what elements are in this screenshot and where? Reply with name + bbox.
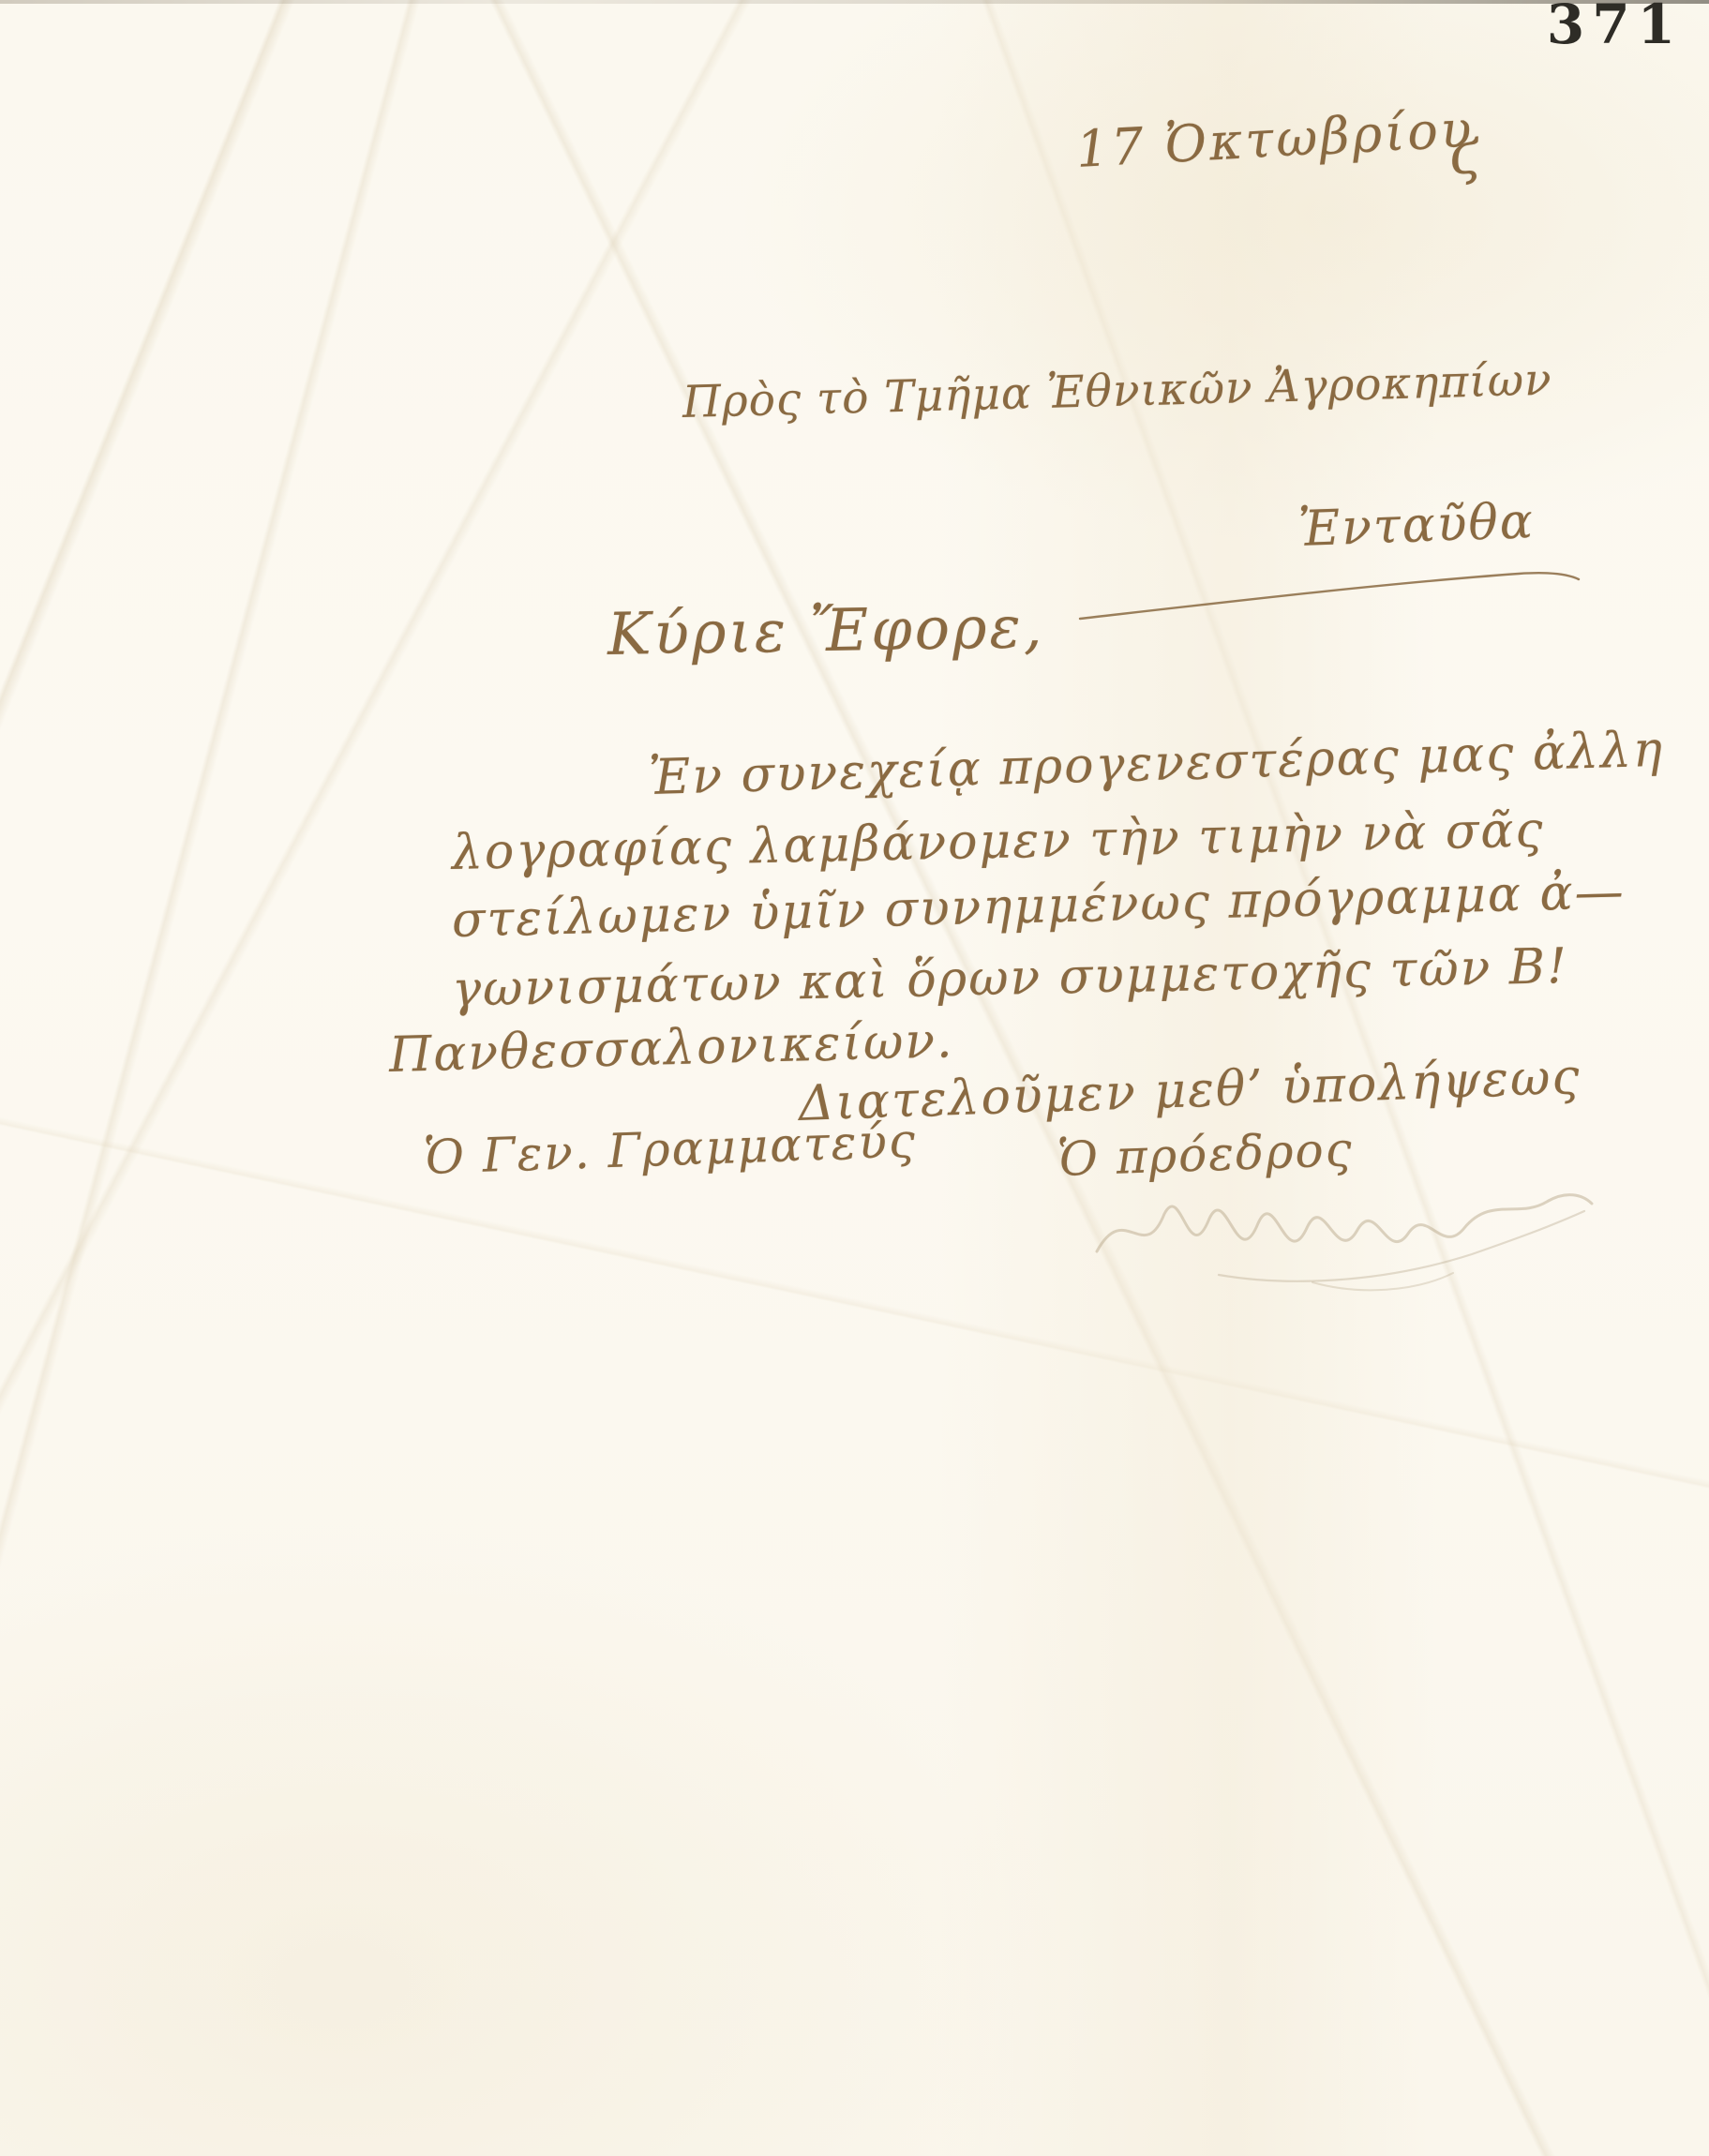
letter-address-line: Πρὸς τὸ Τμῆμα Ἐθνικῶν Ἀγροκηπίων xyxy=(682,354,1552,428)
signer-title-general-secretary: Ὁ Γεν. Γραμματεύς xyxy=(423,1114,918,1185)
scanned-letter-page: 371 17 Ὀκτωβρίου ϛ Πρὸς τὸ Τμῆμα Ἐθνικῶν… xyxy=(0,0,1709,2156)
scan-top-edge xyxy=(0,0,1709,4)
page-number: 371 xyxy=(1547,0,1683,56)
president-signature xyxy=(1078,1162,1603,1312)
letter-date-year-mark: ϛ xyxy=(1444,120,1484,189)
letter-address-place: Ἐνταῦθα xyxy=(1297,493,1536,558)
letter-salutation: Κύριε Ἔφορε, xyxy=(607,592,1045,668)
letter-date: 17 Ὀκτωβρίου xyxy=(1074,99,1476,179)
underline-flourish xyxy=(1078,561,1584,626)
body-line: Ἐν συνεχείᾳ προγενεστέρας μας ἀλλη xyxy=(648,722,1665,806)
body-line: γωνισμάτων καὶ ὅρων συμμετοχῆς τῶν Β! xyxy=(451,938,1568,1018)
